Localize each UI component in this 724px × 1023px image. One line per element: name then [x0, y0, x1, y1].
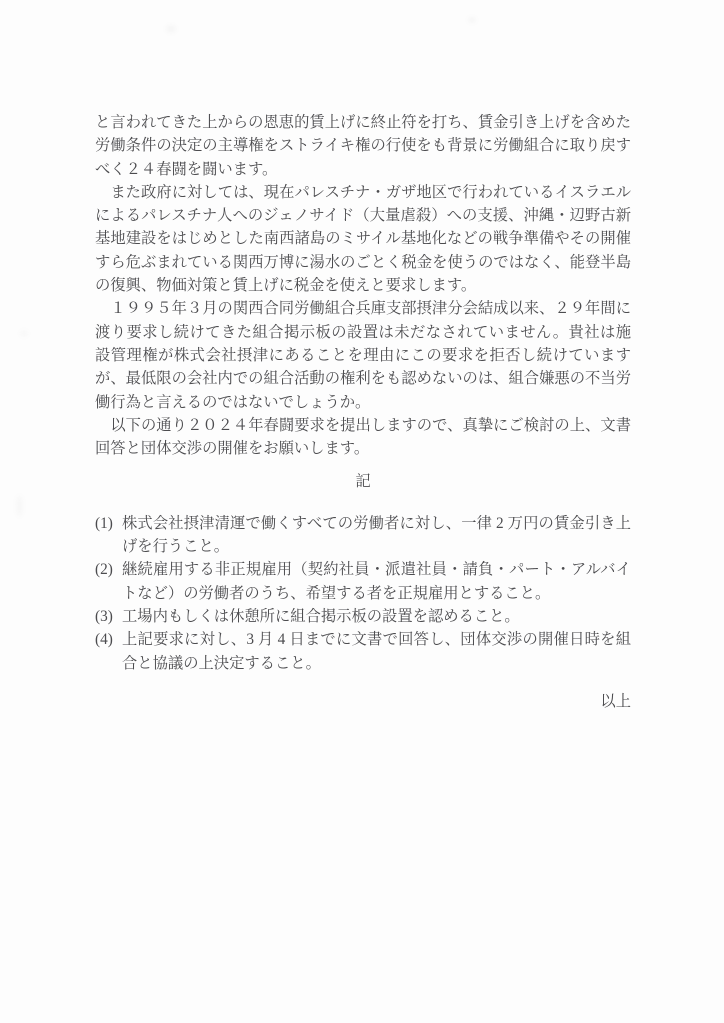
demand-text: 工場内もしくは休憩所に組合掲示板の設置を認めること。: [122, 605, 631, 628]
paragraph-wage-demand: と言われてきた上からの恩恵的賃上げに終止符を打ち、賃金引き上げを含めた労働条件の…: [95, 111, 631, 181]
scan-artifact: [16, 495, 23, 517]
demand-item-1: (1) 株式会社摂津清運で働くすべての労働者に対し、一律 2 万円の賃金引き上げ…: [95, 512, 631, 559]
demand-item-2: (2) 継続雇用する非正規雇用（契約社員・派遣社員・請負・パート・アルバイトなど…: [95, 558, 631, 605]
closing-ijou: 以上: [95, 690, 631, 713]
demand-number: (3): [95, 605, 122, 628]
scanned-document-page: と言われてきた上からの恩恵的賃上げに終止符を打ち、賃金引き上げを含めた労働条件の…: [0, 0, 724, 1023]
demand-item-3: (3) 工場内もしくは休憩所に組合掲示板の設置を認めること。: [95, 605, 631, 628]
scan-artifact: [468, 17, 476, 23]
ki-heading: 記: [95, 470, 631, 493]
scan-artifact: [20, 330, 28, 337]
demand-text: 株式会社摂津清運で働くすべての労働者に対し、一律 2 万円の賃金引き上げを行うこ…: [122, 512, 631, 559]
demand-list: (1) 株式会社摂津清運で働くすべての労働者に対し、一律 2 万円の賃金引き上げ…: [95, 512, 631, 675]
demand-text: 上記要求に対し、3 月 4 日までに文書で回答し、団体交渉の開催日時を組合と協議…: [122, 628, 631, 675]
demand-number: (2): [95, 558, 122, 581]
paragraph-government-demand: また政府に対しては、現在パレスチナ・ガザ地区で行われているイスラエルによるパレス…: [95, 181, 631, 297]
scan-artifact: [166, 25, 176, 33]
document-body: と言われてきた上からの恩恵的賃上げに終止符を打ち、賃金引き上げを含めた労働条件の…: [95, 111, 631, 713]
demand-text: 継続雇用する非正規雇用（契約社員・派遣社員・請負・パート・アルバイトなど）の労働…: [122, 558, 631, 605]
paragraph-request-intro: 以下の通り２０２４年春闘要求を提出しますので、真摯にご検討の上、文書回答と団体交…: [95, 414, 631, 461]
demand-number: (4): [95, 628, 122, 651]
demand-item-4: (4) 上記要求に対し、3 月 4 日までに文書で回答し、団体交渉の開催日時を組…: [95, 628, 631, 675]
demand-number: (1): [95, 512, 122, 535]
paragraph-union-board-history: １９９５年３月の関西合同労働組合兵庫支部摂津分会結成以来、２９年間に渡り要求し続…: [95, 297, 631, 413]
